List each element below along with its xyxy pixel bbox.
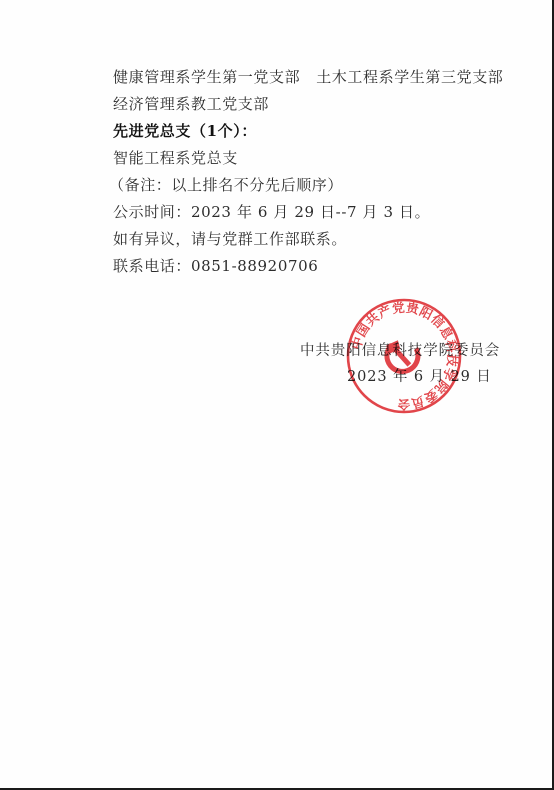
- document-page: 健康管理系学生第一党支部土木工程系学生第三党支部 经济管理系教工党支部 先进党总…: [0, 0, 554, 790]
- publicity-period: 公示时间：2023 年 6 月 29 日--7 月 3 日。: [113, 203, 430, 221]
- general-branch-intelligent-engineering: 智能工程系党总支: [113, 149, 238, 167]
- branch-economics-management-staff: 经济管理系教工党支部: [113, 95, 269, 113]
- section-heading-advanced-general-branch: 先进党总支（1个）：: [113, 122, 257, 140]
- contact-phone: 联系电话：0851-88920706: [113, 257, 318, 275]
- commended-branch-line-1: 健康管理系学生第一党支部土木工程系学生第三党支部: [113, 68, 503, 86]
- remark-note: （备注：以上排名不分先后顺序）: [109, 176, 343, 194]
- objection-contact-note: 如有异议，请与党群工作部联系。: [113, 230, 347, 248]
- party-emblem-seal-icon: 中国共产党贵阳信息科技学院委员会: [345, 297, 463, 415]
- branch-health-management-students-1: 健康管理系学生第一党支部: [113, 68, 300, 86]
- branch-civil-engineering-students-3: 土木工程系学生第三党支部: [316, 68, 503, 86]
